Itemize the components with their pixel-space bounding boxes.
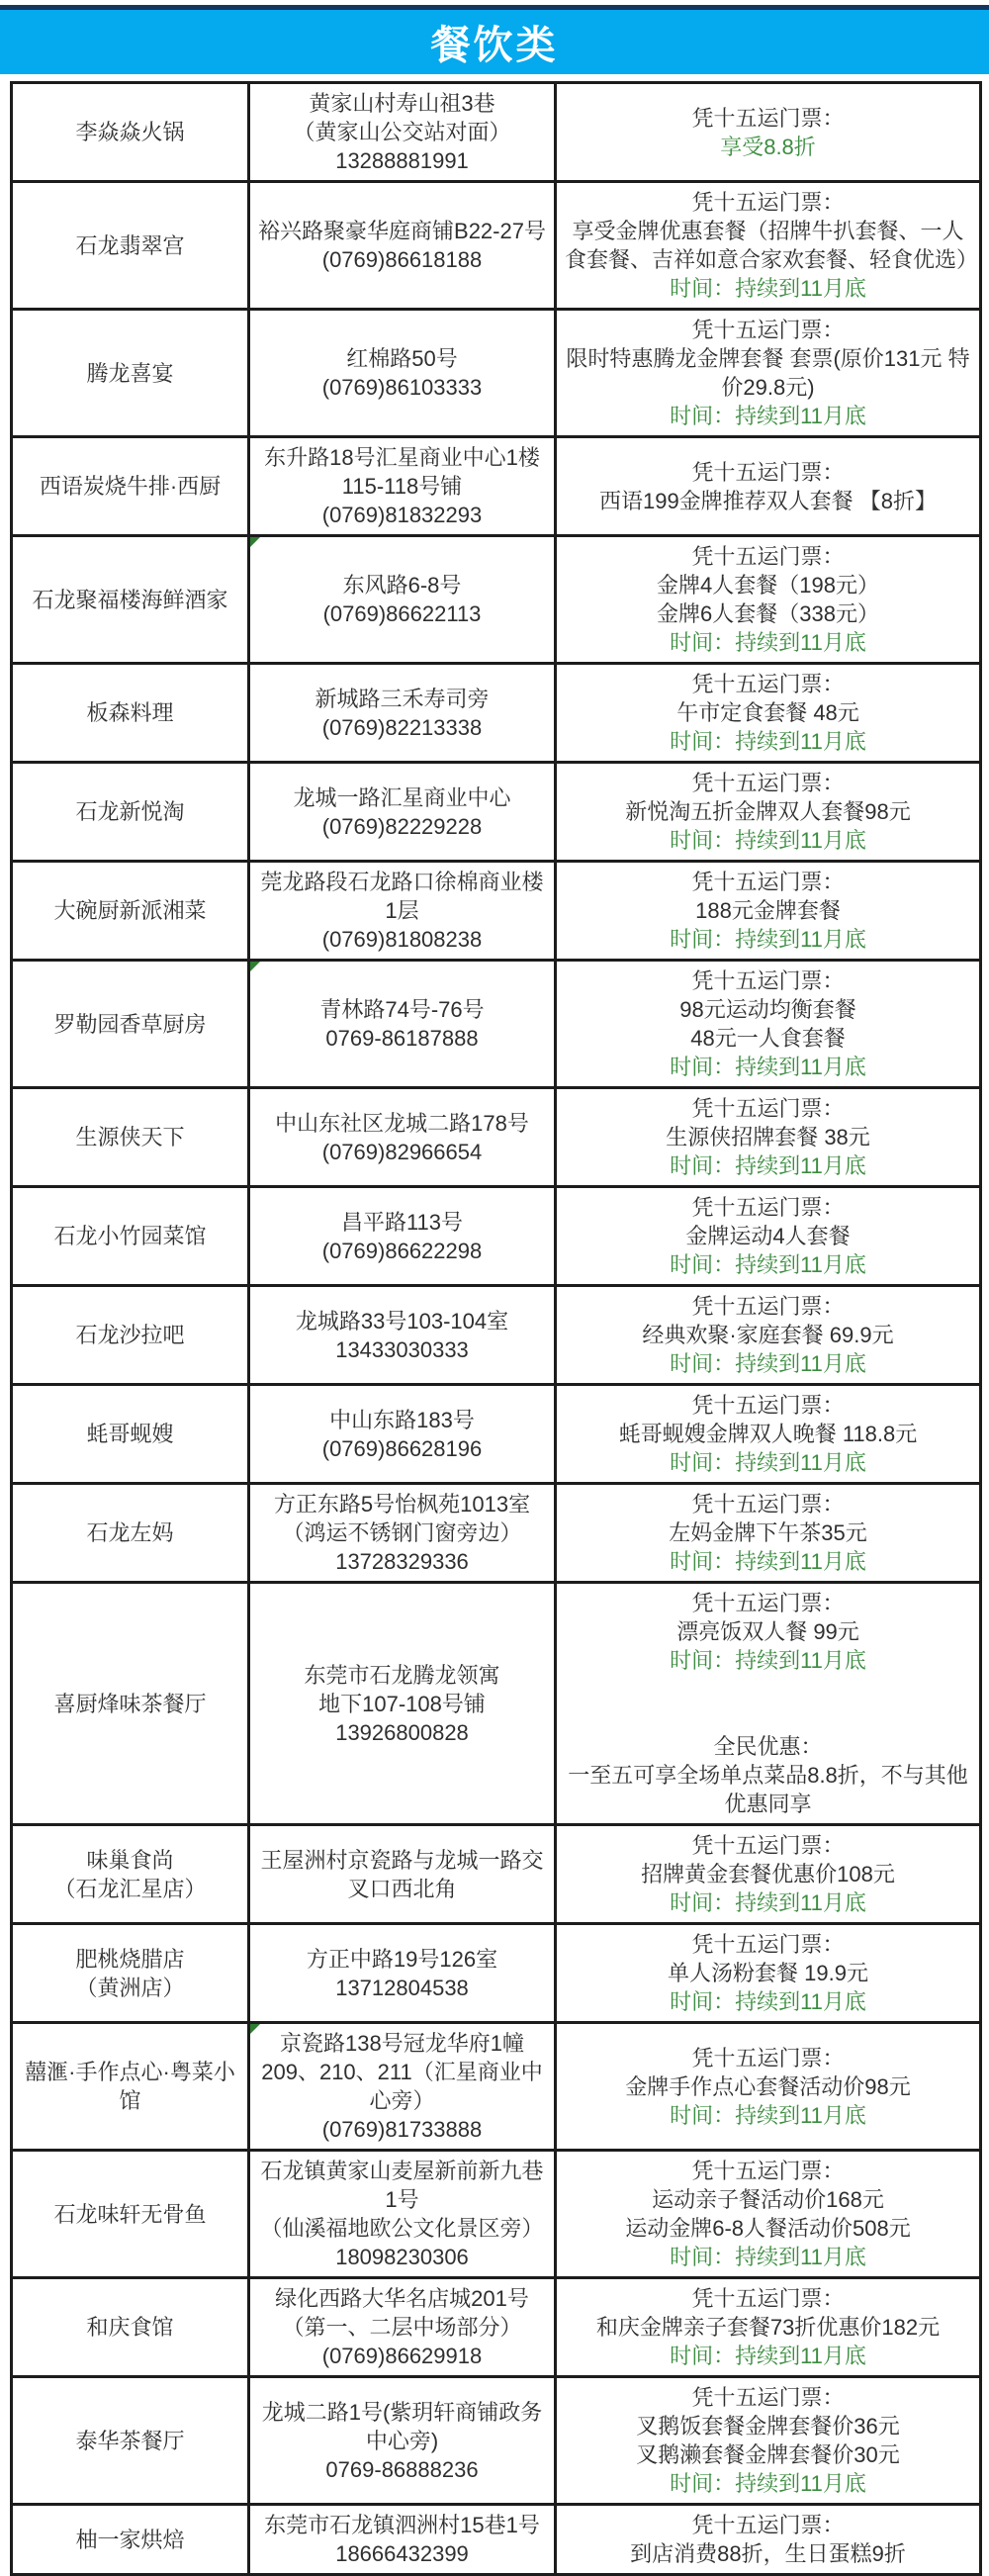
merchant-offer-cell: 凭十五运门票：新悦淘五折金牌双人套餐98元时间：持续到11月底 xyxy=(556,763,981,862)
address-line: (0769)86622298 xyxy=(258,1237,546,1265)
merchant-row: 生源侠天下 中山东社区龙城二路178号(0769)82966654 凭十五运门票… xyxy=(12,1088,981,1187)
merchant-offer-cell: 凭十五运门票：限时特惠腾龙金牌套餐 套票(原价131元 特价29.8元)时间：持… xyxy=(556,310,981,437)
offer-line: 时间：持续到11月底 xyxy=(565,1547,971,1576)
merchant-address-cell: 东升路18号汇星商业中心1楼115-118号铺(0769)81832293 xyxy=(249,437,556,536)
offer-line: 凭十五运门票： xyxy=(565,769,971,797)
address-line: 龙城二路1号(紫玥轩商铺政务中心旁) xyxy=(258,2398,546,2455)
merchant-row: 石龙聚福楼海鲜酒家 东风路6-8号(0769)86622113 凭十五运门票：金… xyxy=(12,536,981,664)
merchant-address-cell: 东莞市石龙腾龙领寓地下107-108号铺13926800828 xyxy=(249,1583,556,1825)
green-corner-mark-icon xyxy=(250,2024,260,2034)
offer-line: 凭十五运门票： xyxy=(565,316,971,344)
address-line: 红棉路50号 xyxy=(258,344,546,373)
address-line: (0769)86628196 xyxy=(258,1434,546,1463)
merchant-name-cell: 柚一家烘焙 xyxy=(12,2505,249,2575)
address-line: 方正中路19号126室 xyxy=(258,1945,546,1974)
address-line: （仙溪福地欧公文化景区旁） xyxy=(258,2214,546,2243)
merchant-name-cell: 板森料理 xyxy=(12,664,249,763)
offer-line: 凭十五运门票： xyxy=(565,1094,971,1123)
merchant-offer-cell: 凭十五运门票：蚝哥蚬嫂金牌双人晚餐 118.8元时间：持续到11月底 xyxy=(556,1385,981,1484)
green-corner-mark-icon xyxy=(250,537,260,547)
merchant-row: 石龙翡翠宫 裕兴路聚豪华庭商铺B22-27号(0769)86618188 凭十五… xyxy=(12,182,981,310)
merchant-name-line: 大碗厨新派湘菜 xyxy=(21,896,239,925)
merchant-address-cell: 王屋洲村京瓷路与龙城一路交叉口西北角 xyxy=(249,1825,556,1924)
merchant-address-cell: 青林路74号-76号0769-86187888 xyxy=(249,961,556,1088)
merchant-row: 石龙左妈 方正东路5号怡枫苑1013室（鸿运不锈钢门窗旁边）1372832933… xyxy=(12,1484,981,1583)
merchant-name-cell: 石龙沙拉吧 xyxy=(12,1286,249,1385)
offer-line: 凭十五运门票： xyxy=(565,1391,971,1420)
band-gap xyxy=(0,74,989,81)
address-line: 地下107-108号铺 xyxy=(258,1690,546,1718)
merchant-name-cell: 味巢食尚（石龙汇星店） xyxy=(12,1825,249,1924)
address-line: 中山东社区龙城二路178号 xyxy=(258,1109,546,1138)
merchant-name-cell: 泰华茶餐厅 xyxy=(12,2377,249,2505)
merchant-row: 囍滙·手作点心·粤菜小馆 京瓷路138号冠龙华府1幢209、210、211（汇星… xyxy=(12,2023,981,2151)
merchant-address-cell: 京瓷路138号冠龙华府1幢209、210、211（汇星商业中心旁）(0769)8… xyxy=(249,2023,556,2151)
offer-line: 运动金牌6-8人餐活动价508元 xyxy=(565,2214,971,2243)
merchant-offer-cell: 凭十五运门票：和庆金牌亲子套餐73折优惠价182元时间：持续到11月底 xyxy=(556,2278,981,2377)
merchant-offer-cell: 凭十五运门票：金牌手作点心套餐活动价98元时间：持续到11月底 xyxy=(556,2023,981,2151)
merchant-name-line: 和庆食馆 xyxy=(21,2313,239,2342)
offer-line: 时间：持续到11月底 xyxy=(565,1053,971,1081)
offer-line: 时间：持续到11月底 xyxy=(565,727,971,756)
address-line: (0769)86629918 xyxy=(258,2342,546,2370)
merchant-name-cell: 和庆食馆 xyxy=(12,2278,249,2377)
merchant-name-line: 李焱焱火锅 xyxy=(21,118,239,146)
merchant-offer-cell: 凭十五运门票：享受8.8折 xyxy=(556,83,981,182)
merchant-name-line: （黄洲店） xyxy=(21,1974,239,2002)
merchant-row: 石龙新悦淘 龙城一路汇星商业中心(0769)82229228 凭十五运门票：新悦… xyxy=(12,763,981,862)
offer-line: 凭十五运门票： xyxy=(565,868,971,896)
offer-line: 时间：持续到11月底 xyxy=(565,402,971,430)
offer-line xyxy=(565,1703,971,1732)
merchant-name-line: 味巢食尚 xyxy=(21,1846,239,1875)
offer-line: 时间：持续到11月底 xyxy=(565,1987,971,2016)
address-line: 方正东路5号怡枫苑1013室 xyxy=(258,1490,546,1518)
merchant-address-cell: 裕兴路聚豪华庭商铺B22-27号(0769)86618188 xyxy=(249,182,556,310)
address-line: 13926800828 xyxy=(258,1718,546,1747)
merchant-address-cell: 昌平路113号(0769)86622298 xyxy=(249,1187,556,1286)
address-line: (0769)86618188 xyxy=(258,245,546,274)
merchant-name-cell: 石龙聚福楼海鲜酒家 xyxy=(12,536,249,664)
address-line: 京瓷路138号冠龙华府1幢209、210、211（汇星商业中心旁） xyxy=(258,2029,546,2115)
address-line: 黄家山村寿山祖3巷 xyxy=(258,89,546,118)
address-line: 115-118号铺 xyxy=(258,472,546,501)
merchant-offer-cell: 凭十五运门票：午市定食套餐 48元时间：持续到11月底 xyxy=(556,664,981,763)
address-line: 东升路18号汇星商业中心1楼 xyxy=(258,443,546,472)
page-title: 餐饮类 xyxy=(431,14,559,70)
merchant-row: 西语炭烧牛排·西厨 东升路18号汇星商业中心1楼115-118号铺(0769)8… xyxy=(12,437,981,536)
offer-line: 运动亲子餐活动价168元 xyxy=(565,2185,971,2214)
offer-line: 叉鹅饭套餐金牌套餐价36元 xyxy=(565,2412,971,2440)
merchants-table-body: 李焱焱火锅 黄家山村寿山祖3巷（黄家山公交站对面）13288881991 凭十五… xyxy=(12,83,981,2575)
merchant-offer-cell: 凭十五运门票：享受金牌优惠套餐（招牌牛扒套餐、一人食套餐、吉祥如意合家欢套餐、轻… xyxy=(556,182,981,310)
merchant-row: 泰华茶餐厅 龙城二路1号(紫玥轩商铺政务中心旁)0769-86888236 凭十… xyxy=(12,2377,981,2505)
merchant-offer-cell: 凭十五运门票：招牌黄金套餐优惠价108元时间：持续到11月底 xyxy=(556,1825,981,1924)
offer-line: 时间：持续到11月底 xyxy=(565,628,971,657)
address-line: (0769)82213338 xyxy=(258,713,546,742)
offer-line: 时间：持续到11月底 xyxy=(565,1448,971,1477)
merchant-row: 板森料理 新城路三禾寿司旁(0769)82213338 凭十五运门票：午市定食套… xyxy=(12,664,981,763)
address-line: 18098230306 xyxy=(258,2243,546,2271)
merchant-row: 李焱焱火锅 黄家山村寿山祖3巷（黄家山公交站对面）13288881991 凭十五… xyxy=(12,83,981,182)
offer-line: 享受8.8折 xyxy=(565,133,971,161)
merchant-name-cell: 囍滙·手作点心·粤菜小馆 xyxy=(12,2023,249,2151)
merchant-offer-cell: 凭十五运门票：经典欢聚·家庭套餐 69.9元时间：持续到11月底 xyxy=(556,1286,981,1385)
address-line: （黄家山公交站对面） xyxy=(258,118,546,146)
address-line: 青林路74号-76号 xyxy=(258,995,546,1024)
merchant-name-cell: 肥桃烧腊店（黄洲店） xyxy=(12,1924,249,2023)
merchant-name-line: 腾龙喜宴 xyxy=(21,359,239,388)
merchant-name-cell: 石龙味轩无骨鱼 xyxy=(12,2151,249,2278)
address-line: 东风路6-8号 xyxy=(258,571,546,599)
address-line: 0769-86187888 xyxy=(258,1024,546,1053)
merchant-row: 蚝哥蚬嫂 中山东路183号(0769)86628196 凭十五运门票：蚝哥蚬嫂金… xyxy=(12,1385,981,1484)
offer-line: 时间：持续到11月底 xyxy=(565,1349,971,1378)
merchant-name-cell: 石龙左妈 xyxy=(12,1484,249,1583)
merchant-name-cell: 石龙新悦淘 xyxy=(12,763,249,862)
merchant-address-cell: 方正中路19号126室13712804538 xyxy=(249,1924,556,2023)
merchant-name-line: 泰华茶餐厅 xyxy=(21,2427,239,2455)
merchant-name-line: 石龙新悦淘 xyxy=(21,797,239,826)
category-title-band: 餐饮类 xyxy=(0,10,989,74)
address-line: (0769)86622113 xyxy=(258,599,546,628)
offer-line: 招牌黄金套餐优惠价108元 xyxy=(565,1860,971,1888)
offer-line: 凭十五运门票： xyxy=(565,1831,971,1860)
offer-line: 时间：持续到11月底 xyxy=(565,274,971,303)
merchant-name-line: 石龙沙拉吧 xyxy=(21,1321,239,1349)
address-line: (0769)81808238 xyxy=(258,925,546,954)
address-line: 东莞市石龙镇泗洲村15巷1号 xyxy=(258,2511,546,2539)
merchant-row: 石龙小竹园菜馆 昌平路113号(0769)86622298 凭十五运门票：金牌运… xyxy=(12,1187,981,1286)
offer-line: 金牌4人套餐（198元） xyxy=(565,571,971,599)
merchant-address-cell: 绿化西路大华名店城201号（第一、二层中场部分）(0769)86629918 xyxy=(249,2278,556,2377)
offer-line: 漂亮饭双人餐 99元 xyxy=(565,1617,971,1646)
offer-line: 生源侠招牌套餐 38元 xyxy=(565,1123,971,1151)
offer-line: 98元运动均衡套餐 xyxy=(565,995,971,1024)
merchant-name-line: 喜厨烽味茶餐厅 xyxy=(21,1690,239,1718)
merchant-offer-cell: 凭十五运门票：188元金牌套餐时间：持续到11月底 xyxy=(556,862,981,961)
address-line: 18666432399 xyxy=(258,2539,546,2568)
merchant-name-cell: 腾龙喜宴 xyxy=(12,310,249,437)
offer-line: 时间：持续到11月底 xyxy=(565,1250,971,1279)
address-line: 王屋洲村京瓷路与龙城一路交叉口西北角 xyxy=(258,1846,546,1903)
merchant-row: 喜厨烽味茶餐厅 东莞市石龙腾龙领寓地下107-108号铺13926800828 … xyxy=(12,1583,981,1825)
merchant-name-line: 石龙小竹园菜馆 xyxy=(21,1222,239,1250)
offer-line: 凭十五运门票： xyxy=(565,670,971,698)
address-line: （鸿运不锈钢门窗旁边） xyxy=(258,1518,546,1547)
merchant-name-line: 石龙聚福楼海鲜酒家 xyxy=(21,586,239,614)
offer-line: 凭十五运门票： xyxy=(565,2044,971,2072)
address-line: 13728329336 xyxy=(258,1547,546,1576)
offer-line: 凭十五运门票： xyxy=(565,966,971,995)
offer-line: 西语199金牌推荐双人套餐 【8折】 xyxy=(565,487,971,515)
offer-line: 和庆金牌亲子套餐73折优惠价182元 xyxy=(565,2313,971,2342)
merchant-offer-cell: 凭十五运门票：生源侠招牌套餐 38元时间：持续到11月底 xyxy=(556,1088,981,1187)
offer-line: 时间：持续到11月底 xyxy=(565,2469,971,2498)
offer-line: 凭十五运门票： xyxy=(565,2284,971,2313)
merchant-row: 肥桃烧腊店（黄洲店） 方正中路19号126室13712804538 凭十五运门票… xyxy=(12,1924,981,2023)
merchant-address-cell: 新城路三禾寿司旁(0769)82213338 xyxy=(249,664,556,763)
address-line: 龙城路33号103-104室 xyxy=(258,1307,546,1335)
offer-line: 凭十五运门票： xyxy=(565,1490,971,1518)
offer-line: 时间：持续到11月底 xyxy=(565,2101,971,2130)
offer-line: 凭十五运门票： xyxy=(565,542,971,571)
merchant-row: 石龙沙拉吧 龙城路33号103-104室13433030333 凭十五运门票：经… xyxy=(12,1286,981,1385)
offer-line: 午市定食套餐 48元 xyxy=(565,698,971,727)
merchant-row: 大碗厨新派湘菜 莞龙路段石龙路口徐棉商业楼1层(0769)81808238 凭十… xyxy=(12,862,981,961)
merchant-row: 罗勒园香草厨房 青林路74号-76号0769-86187888 凭十五运门票：9… xyxy=(12,961,981,1088)
merchant-address-cell: 莞龙路段石龙路口徐棉商业楼1层(0769)81808238 xyxy=(249,862,556,961)
merchant-address-cell: 黄家山村寿山祖3巷（黄家山公交站对面）13288881991 xyxy=(249,83,556,182)
merchant-name-line: 肥桃烧腊店 xyxy=(21,1945,239,1974)
offer-line: 享受金牌优惠套餐（招牌牛扒套餐、一人食套餐、吉祥如意合家欢套餐、轻食优选） xyxy=(565,217,971,274)
merchant-name-cell: 喜厨烽味茶餐厅 xyxy=(12,1583,249,1825)
offer-line: 一至五可享全场单点菜品8.8折，不与其他优惠同享 xyxy=(565,1761,971,1818)
offer-line: 金牌6人套餐（338元） xyxy=(565,599,971,628)
merchant-address-cell: 方正东路5号怡枫苑1013室（鸿运不锈钢门窗旁边）13728329336 xyxy=(249,1484,556,1583)
offer-line: 时间：持续到11月底 xyxy=(565,1888,971,1917)
offer-line: 凭十五运门票： xyxy=(565,104,971,133)
offer-line: 凭十五运门票： xyxy=(565,1930,971,1959)
offer-line: 到店消费88折，生日蛋糕9折 xyxy=(565,2539,971,2568)
address-line: (0769)81832293 xyxy=(258,501,546,529)
offer-line: 新悦淘五折金牌双人套餐98元 xyxy=(565,797,971,826)
merchant-name-line: 石龙味轩无骨鱼 xyxy=(21,2200,239,2229)
offer-line: 蚝哥蚬嫂金牌双人晚餐 118.8元 xyxy=(565,1420,971,1448)
offer-line: 金牌手作点心套餐活动价98元 xyxy=(565,2072,971,2101)
address-line: 石龙镇黄家山麦屋新前新九巷1号 xyxy=(258,2157,546,2214)
merchant-row: 石龙味轩无骨鱼 石龙镇黄家山麦屋新前新九巷1号（仙溪福地欧公文化景区旁）1809… xyxy=(12,2151,981,2278)
merchant-name-line: 石龙翡翠宫 xyxy=(21,231,239,260)
merchant-address-cell: 石龙镇黄家山麦屋新前新九巷1号（仙溪福地欧公文化景区旁）18098230306 xyxy=(249,2151,556,2278)
offer-line: 凭十五运门票： xyxy=(565,2511,971,2539)
merchant-name-cell: 大碗厨新派湘菜 xyxy=(12,862,249,961)
merchant-name-line: 罗勒园香草厨房 xyxy=(21,1010,239,1039)
green-corner-mark-icon xyxy=(250,962,260,971)
merchant-offer-cell: 凭十五运门票：到店消费88折，生日蛋糕9折 xyxy=(556,2505,981,2575)
address-line: 莞龙路段石龙路口徐棉商业楼1层 xyxy=(258,868,546,925)
merchant-name-cell: 西语炭烧牛排·西厨 xyxy=(12,437,249,536)
address-line: 13288881991 xyxy=(258,146,546,175)
merchant-name-cell: 李焱焱火锅 xyxy=(12,83,249,182)
offer-line: 金牌运动4人套餐 xyxy=(565,1222,971,1250)
address-line: (0769)82229228 xyxy=(258,812,546,841)
offer-line: 全民优惠： xyxy=(565,1732,971,1761)
offer-line: 时间：持续到11月底 xyxy=(565,1151,971,1180)
merchant-row: 柚一家烘焙 东莞市石龙镇泗洲村15巷1号18666432399 凭十五运门票：到… xyxy=(12,2505,981,2575)
merchant-offer-cell: 凭十五运门票：左妈金牌下午茶35元时间：持续到11月底 xyxy=(556,1484,981,1583)
merchant-name-line: 石龙左妈 xyxy=(21,1518,239,1547)
merchant-name-line: 蚝哥蚬嫂 xyxy=(21,1420,239,1448)
merchant-address-cell: 红棉路50号(0769)86103333 xyxy=(249,310,556,437)
offer-line: 左妈金牌下午茶35元 xyxy=(565,1518,971,1547)
merchant-name-line: 囍滙·手作点心·粤菜小馆 xyxy=(21,2058,239,2115)
address-line: 东莞市石龙腾龙领寓 xyxy=(258,1661,546,1690)
address-line: 13433030333 xyxy=(258,1335,546,1364)
offer-line: 48元一人食套餐 xyxy=(565,1024,971,1053)
offer-line: 时间：持续到11月底 xyxy=(565,1646,971,1675)
merchants-table: 李焱焱火锅 黄家山村寿山祖3巷（黄家山公交站对面）13288881991 凭十五… xyxy=(10,81,982,2576)
offer-line: 凭十五运门票： xyxy=(565,1589,971,1617)
offer-line xyxy=(565,1675,971,1703)
merchant-offer-cell: 凭十五运门票：单人汤粉套餐 19.9元时间：持续到11月底 xyxy=(556,1924,981,2023)
offer-line: 限时特惠腾龙金牌套餐 套票(原价131元 特价29.8元) xyxy=(565,344,971,402)
merchant-offer-cell: 凭十五运门票：漂亮饭双人餐 99元时间：持续到11月底全民优惠：一至五可享全场单… xyxy=(556,1583,981,1825)
address-line: 13712804538 xyxy=(258,1974,546,2002)
merchant-name-cell: 生源侠天下 xyxy=(12,1088,249,1187)
merchant-row: 和庆食馆 绿化西路大华名店城201号（第一、二层中场部分）(0769)86629… xyxy=(12,2278,981,2377)
merchant-address-cell: 龙城二路1号(紫玥轩商铺政务中心旁)0769-86888236 xyxy=(249,2377,556,2505)
merchant-offer-cell: 凭十五运门票：金牌4人套餐（198元）金牌6人套餐（338元）时间：持续到11月… xyxy=(556,536,981,664)
offer-line: 凭十五运门票： xyxy=(565,2383,971,2412)
offer-line: 188元金牌套餐 xyxy=(565,896,971,925)
merchant-offer-cell: 凭十五运门票：运动亲子餐活动价168元运动金牌6-8人餐活动价508元时间：持续… xyxy=(556,2151,981,2278)
merchant-offer-cell: 凭十五运门票：98元运动均衡套餐48元一人食套餐时间：持续到11月底 xyxy=(556,961,981,1088)
address-line: 龙城一路汇星商业中心 xyxy=(258,783,546,812)
merchant-row: 腾龙喜宴 红棉路50号(0769)86103333 凭十五运门票：限时特惠腾龙金… xyxy=(12,310,981,437)
address-line: 新城路三禾寿司旁 xyxy=(258,685,546,713)
merchant-offer-cell: 凭十五运门票：西语199金牌推荐双人套餐 【8折】 xyxy=(556,437,981,536)
offer-line: 单人汤粉套餐 19.9元 xyxy=(565,1959,971,1987)
address-line: (0769)86103333 xyxy=(258,373,546,402)
offer-line: 凭十五运门票： xyxy=(565,458,971,487)
merchant-name-cell: 石龙翡翠宫 xyxy=(12,182,249,310)
merchant-offer-cell: 凭十五运门票：叉鹅饭套餐金牌套餐价36元叉鹅濑套餐金牌套餐价30元时间：持续到1… xyxy=(556,2377,981,2505)
merchant-name-cell: 罗勒园香草厨房 xyxy=(12,961,249,1088)
address-line: 裕兴路聚豪华庭商铺B22-27号 xyxy=(258,217,546,245)
merchant-address-cell: 龙城一路汇星商业中心(0769)82229228 xyxy=(249,763,556,862)
address-line: 中山东路183号 xyxy=(258,1406,546,1434)
merchant-address-cell: 东风路6-8号(0769)86622113 xyxy=(249,536,556,664)
merchant-name-line: 柚一家烘焙 xyxy=(21,2526,239,2554)
merchant-name-line: （石龙汇星店） xyxy=(21,1875,239,1903)
merchant-row: 味巢食尚（石龙汇星店） 王屋洲村京瓷路与龙城一路交叉口西北角 凭十五运门票：招牌… xyxy=(12,1825,981,1924)
address-line: 0769-86888236 xyxy=(258,2455,546,2484)
offer-line: 经典欢聚·家庭套餐 69.9元 xyxy=(565,1321,971,1349)
offer-line: 叉鹅濑套餐金牌套餐价30元 xyxy=(565,2440,971,2469)
offer-line: 时间：持续到11月底 xyxy=(565,826,971,855)
merchant-address-cell: 东莞市石龙镇泗洲村15巷1号18666432399 xyxy=(249,2505,556,2575)
merchant-name-line: 生源侠天下 xyxy=(21,1123,239,1151)
merchant-offer-cell: 凭十五运门票：金牌运动4人套餐时间：持续到11月底 xyxy=(556,1187,981,1286)
address-line: (0769)81733888 xyxy=(258,2115,546,2144)
address-line: (0769)82966654 xyxy=(258,1138,546,1166)
merchant-address-cell: 龙城路33号103-104室13433030333 xyxy=(249,1286,556,1385)
address-line: 昌平路113号 xyxy=(258,1208,546,1237)
offer-line: 凭十五运门票： xyxy=(565,188,971,217)
offer-line: 凭十五运门票： xyxy=(565,1292,971,1321)
offer-line: 时间：持续到11月底 xyxy=(565,925,971,954)
offer-line: 时间：持续到11月底 xyxy=(565,2243,971,2271)
offer-line: 凭十五运门票： xyxy=(565,1193,971,1222)
merchant-name-cell: 蚝哥蚬嫂 xyxy=(12,1385,249,1484)
offer-line: 时间：持续到11月底 xyxy=(565,2342,971,2370)
merchant-address-cell: 中山东社区龙城二路178号(0769)82966654 xyxy=(249,1088,556,1187)
address-line: 绿化西路大华名店城201号（第一、二层中场部分） xyxy=(258,2284,546,2342)
merchant-name-line: 板森料理 xyxy=(21,698,239,727)
offer-line: 凭十五运门票： xyxy=(565,2157,971,2185)
merchant-address-cell: 中山东路183号(0769)86628196 xyxy=(249,1385,556,1484)
merchant-name-cell: 石龙小竹园菜馆 xyxy=(12,1187,249,1286)
merchant-name-line: 西语炭烧牛排·西厨 xyxy=(21,472,239,501)
